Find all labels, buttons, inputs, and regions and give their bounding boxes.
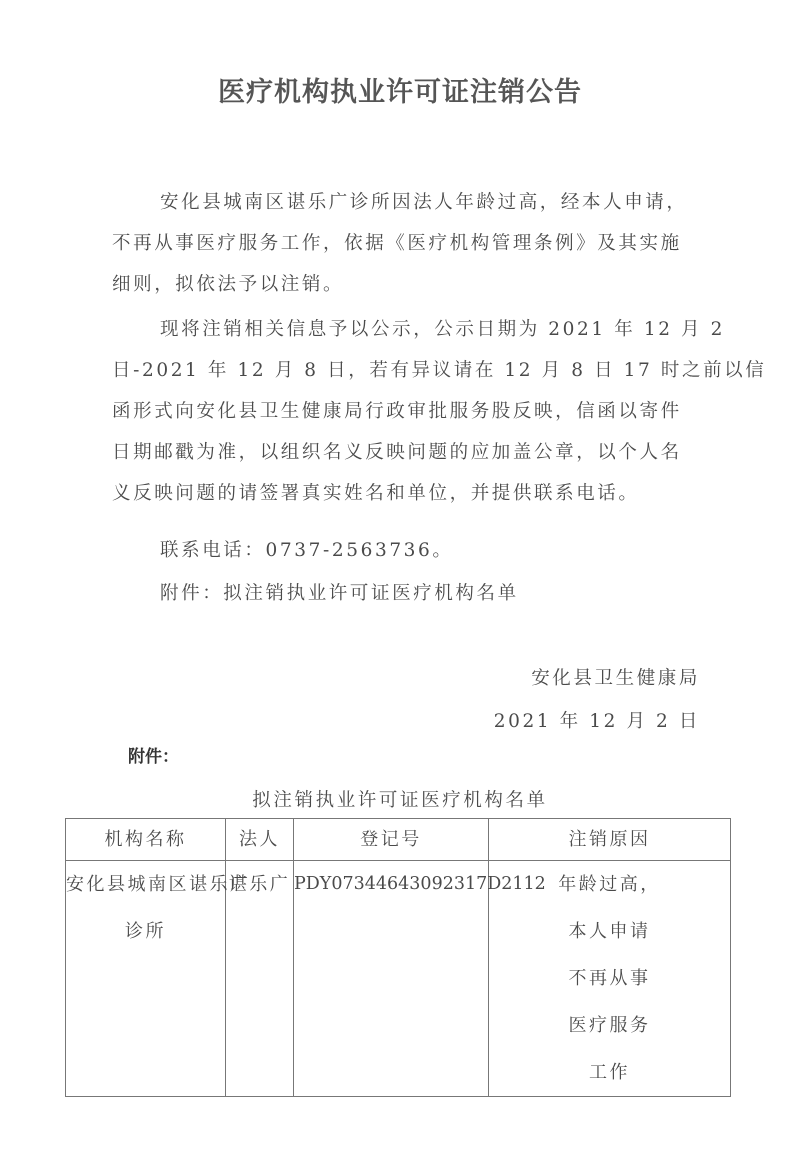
cell-legal-person: 谌乐广 — [226, 861, 294, 1097]
paragraph-line: 安化县城南区谌乐广诊所因法人年龄过高，经本人申请， — [160, 192, 688, 213]
paragraph-line: 日期邮戳为准，以组织名义反映问题的应加盖公章，以个人名 — [112, 432, 702, 473]
attachment-list-title: 拟注销执业许可证医疗机构名单 — [0, 786, 800, 812]
column-header-legal-person: 法人 — [226, 819, 294, 861]
paragraph-line: 细则，拟依法予以注销。 — [112, 264, 702, 305]
paragraph-line: 现将注销相关信息予以公示，公示日期为 2021 年 12 月 2 — [160, 319, 725, 340]
column-header-reason: 注销原因 — [489, 819, 731, 861]
paragraph-line: 日-2021 年 12 月 8 日，若有异议请在 12 月 8 日 17 时之前… — [112, 350, 702, 391]
attachment-note-text: 附件：拟注销执业许可证医疗机构名单 — [160, 583, 519, 604]
institution-table: 机构名称 法人 登记号 注销原因 安化县城南区谌乐广 诊所 谌乐广 PDY073… — [65, 818, 731, 1097]
paragraph-application: 安化县城南区谌乐广诊所因法人年龄过高，经本人申请， 不再从事医疗服务工作，依据《… — [112, 182, 702, 305]
cell-reason: 年龄过高， 本人申请 不再从事 医疗服务 工作 — [489, 861, 731, 1097]
paragraph-line: 义反映问题的请签署真实姓名和单位，并提供联系电话。 — [112, 473, 702, 514]
paragraph-line: 不再从事医疗服务工作，依据《医疗机构管理条例》及其实施 — [112, 223, 702, 264]
paragraph-publicity: 现将注销相关信息予以公示，公示日期为 2021 年 12 月 2 日-2021 … — [112, 309, 702, 514]
table-row: 安化县城南区谌乐广 诊所 谌乐广 PDY07344643092317D2112 … — [66, 861, 731, 1097]
document-title: 医疗机构执业许可证注销公告 — [0, 70, 800, 109]
cell-institution: 安化县城南区谌乐广 诊所 — [66, 861, 226, 1097]
contact-phone: 联系电话：0737-2563736。 — [112, 530, 702, 571]
signature-issuer: 安化县卫生健康局 — [531, 664, 700, 690]
contact-phone-text: 联系电话：0737-2563736。 — [160, 540, 454, 561]
signature-date: 2021 年 12 月 2 日 — [494, 707, 700, 733]
attachment-note: 附件：拟注销执业许可证医疗机构名单 — [112, 573, 702, 614]
cell-registration-no: PDY07344643092317D2112 — [294, 861, 489, 1097]
attachment-label: 附件： — [128, 742, 179, 767]
paragraph-line: 函形式向安化县卫生健康局行政审批服务股反映，信函以寄件 — [112, 391, 702, 432]
column-header-institution: 机构名称 — [66, 819, 226, 861]
column-header-registration-no: 登记号 — [294, 819, 489, 861]
table-header-row: 机构名称 法人 登记号 注销原因 — [66, 819, 731, 861]
